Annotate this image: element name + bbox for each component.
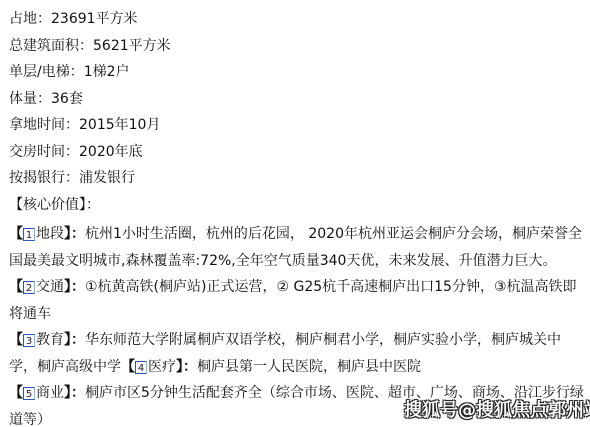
fact-label: 占地： bbox=[9, 11, 51, 27]
fact-land-area: 占地：23691平方米 bbox=[9, 9, 587, 36]
section-title: 教育 bbox=[36, 332, 64, 348]
section-title: 交通 bbox=[36, 279, 64, 295]
fact-value: 5621平方米 bbox=[93, 38, 171, 54]
section-education-medical: 【3教育】：华东师范大学附属桐庐双语学校，桐庐桐君小学，桐庐实验小学，桐庐城关中… bbox=[9, 327, 587, 380]
number-2-icon: 2 bbox=[23, 281, 35, 294]
fact-label: 体量： bbox=[9, 91, 51, 107]
fact-label: 总建筑面积： bbox=[9, 38, 93, 54]
fact-volume: 体量：36套 bbox=[9, 89, 587, 116]
fact-label: 交房时间： bbox=[9, 144, 79, 160]
fact-label: 拿地时间： bbox=[9, 117, 79, 133]
fact-value: 23691平方米 bbox=[51, 11, 138, 27]
section-text: ①杭黄高铁(桐庐站)正式运营，② G25杭千高速桐庐出口15分钟，③杭温高铁即将… bbox=[9, 279, 577, 322]
fact-floor-elevator: 单层/电梯：1梯2户 bbox=[9, 62, 587, 89]
fact-value: 2020年底 bbox=[79, 144, 143, 160]
watermark: 搜狐号@搜狐焦点郭州站 bbox=[404, 396, 590, 422]
fact-mortgage-bank: 按揭银行：浦发银行 bbox=[9, 168, 587, 195]
fact-value: 2015年10月 bbox=[79, 117, 160, 133]
section-location: 【1地段】：杭州1小时生活圈，杭州的后花园， 2020年杭州亚运会桐庐分会场，桐… bbox=[9, 221, 587, 274]
fact-land-acquisition-time: 拿地时间：2015年10月 bbox=[9, 115, 587, 142]
number-5-icon: 5 bbox=[23, 387, 35, 400]
fact-value: 浦发银行 bbox=[79, 170, 135, 186]
number-4-icon: 4 bbox=[135, 361, 147, 374]
section-title: 地段 bbox=[36, 226, 64, 242]
fact-value: 1梯2户 bbox=[84, 64, 130, 80]
fact-label: 按揭银行： bbox=[9, 170, 79, 186]
fact-label: 单层/电梯： bbox=[9, 64, 84, 80]
section-transport: 【2交通】：①杭黄高铁(桐庐站)正式运营，② G25杭千高速桐庐出口15分钟，③… bbox=[9, 274, 587, 327]
article-body: 占地：23691平方米 总建筑面积：5621平方米 单层/电梯：1梯2户 体量：… bbox=[9, 9, 587, 427]
fact-value: 36套 bbox=[51, 91, 83, 107]
core-value-heading: 【核心价值】： bbox=[9, 195, 587, 222]
section-text: 杭州1小时生活圈，杭州的后花园， 2020年杭州亚运会桐庐分会场，桐庐荣誉全国最… bbox=[9, 226, 582, 269]
number-3-icon: 3 bbox=[23, 334, 35, 347]
fact-delivery-time: 交房时间：2020年底 bbox=[9, 142, 587, 169]
section-title: 医疗 bbox=[148, 359, 176, 375]
fact-total-building-area: 总建筑面积：5621平方米 bbox=[9, 36, 587, 63]
section-text: 桐庐县第一人民医院，桐庐县中医院 bbox=[197, 359, 421, 375]
number-1-icon: 1 bbox=[23, 228, 35, 241]
section-title: 商业 bbox=[36, 385, 64, 401]
